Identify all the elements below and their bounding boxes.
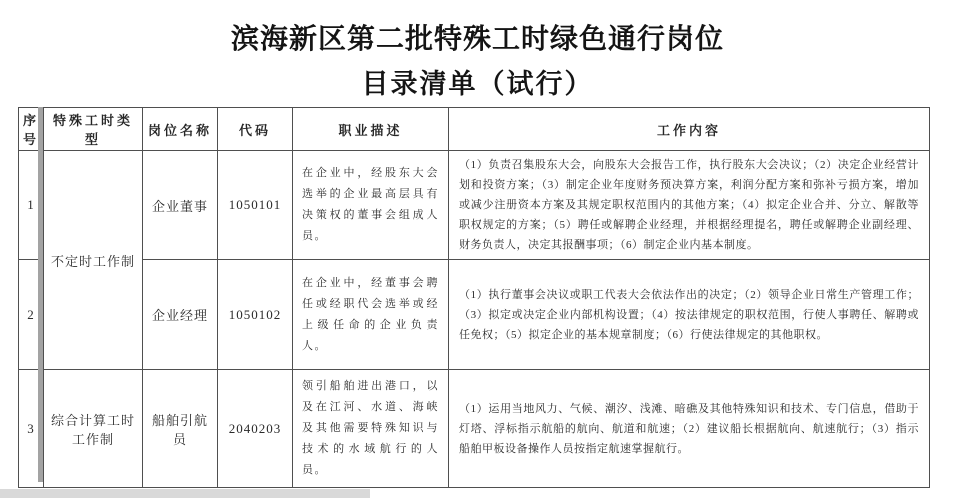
cell-post-name-3: 船舶引航员 bbox=[143, 370, 218, 488]
table-header-row: 序号 特殊工时类型 岗位名称 代码 职业描述 工作内容 bbox=[19, 108, 930, 151]
cell-occupation-desc-1: 在企业中，经股东大会选举的企业最高层具有决策权的董事会组成人员。 bbox=[293, 151, 449, 260]
cell-work-hour-type-3: 综合计算工时工作制 bbox=[44, 370, 143, 488]
cell-work-hour-type-1: 不定时工作制 bbox=[44, 151, 143, 370]
header-post-name: 岗位名称 bbox=[143, 108, 218, 151]
scan-artifact-bottom-band bbox=[0, 489, 370, 498]
table-row-3: 3 综合计算工时工作制 船舶引航员 2040203 领引船舶进出港口，以及在江河… bbox=[19, 370, 930, 488]
cell-code-2: 1050102 bbox=[218, 260, 293, 370]
table-row-1: 1 不定时工作制 企业董事 1050101 在企业中，经股东大会选举的企业最高层… bbox=[19, 151, 930, 260]
cell-occupation-desc-3: 领引船舶进出港口，以及在江河、水道、海峡及其他需要特殊知识与技术的水域航行的人员… bbox=[293, 370, 449, 488]
document-title: 滨海新区第二批特殊工时绿色通行岗位 目录清单（试行） bbox=[0, 18, 955, 106]
cell-occupation-desc-2: 在企业中，经董事会聘任或经职代会选举或经上级任命的企业负责人。 bbox=[293, 260, 449, 370]
header-code: 代码 bbox=[218, 108, 293, 151]
cell-post-name-1: 企业董事 bbox=[143, 151, 218, 260]
cell-work-content-1: （1）负责召集股东大会，向股东大会报告工作，执行股东大会决议；（2）决定企业经营… bbox=[449, 151, 930, 260]
cell-work-content-3: （1）运用当地风力、气候、潮汐、浅滩、暗礁及其他特殊知识和技术、专门信息，借助于… bbox=[449, 370, 930, 488]
cell-code-3: 2040203 bbox=[218, 370, 293, 488]
header-occupation-desc: 职业描述 bbox=[293, 108, 449, 151]
cell-post-name-2: 企业经理 bbox=[143, 260, 218, 370]
title-line-1: 滨海新区第二批特殊工时绿色通行岗位 bbox=[0, 18, 955, 62]
table-row-2: 2 企业经理 1050102 在企业中，经董事会聘任或经职代会选举或经上级任命的… bbox=[19, 260, 930, 370]
header-work-hour-type: 特殊工时类型 bbox=[44, 108, 143, 151]
cell-work-content-2: （1）执行董事会决议或职工代表大会依法作出的决定；（2）领导企业日常生产管理工作… bbox=[449, 260, 930, 370]
scan-artifact-vertical-band bbox=[38, 107, 43, 482]
cell-code-1: 1050101 bbox=[218, 151, 293, 260]
header-work-content: 工作内容 bbox=[449, 108, 930, 151]
title-line-2: 目录清单（试行） bbox=[0, 62, 955, 106]
catalog-table: 序号 特殊工时类型 岗位名称 代码 职业描述 工作内容 1 不定时工作制 企业董… bbox=[18, 107, 930, 488]
